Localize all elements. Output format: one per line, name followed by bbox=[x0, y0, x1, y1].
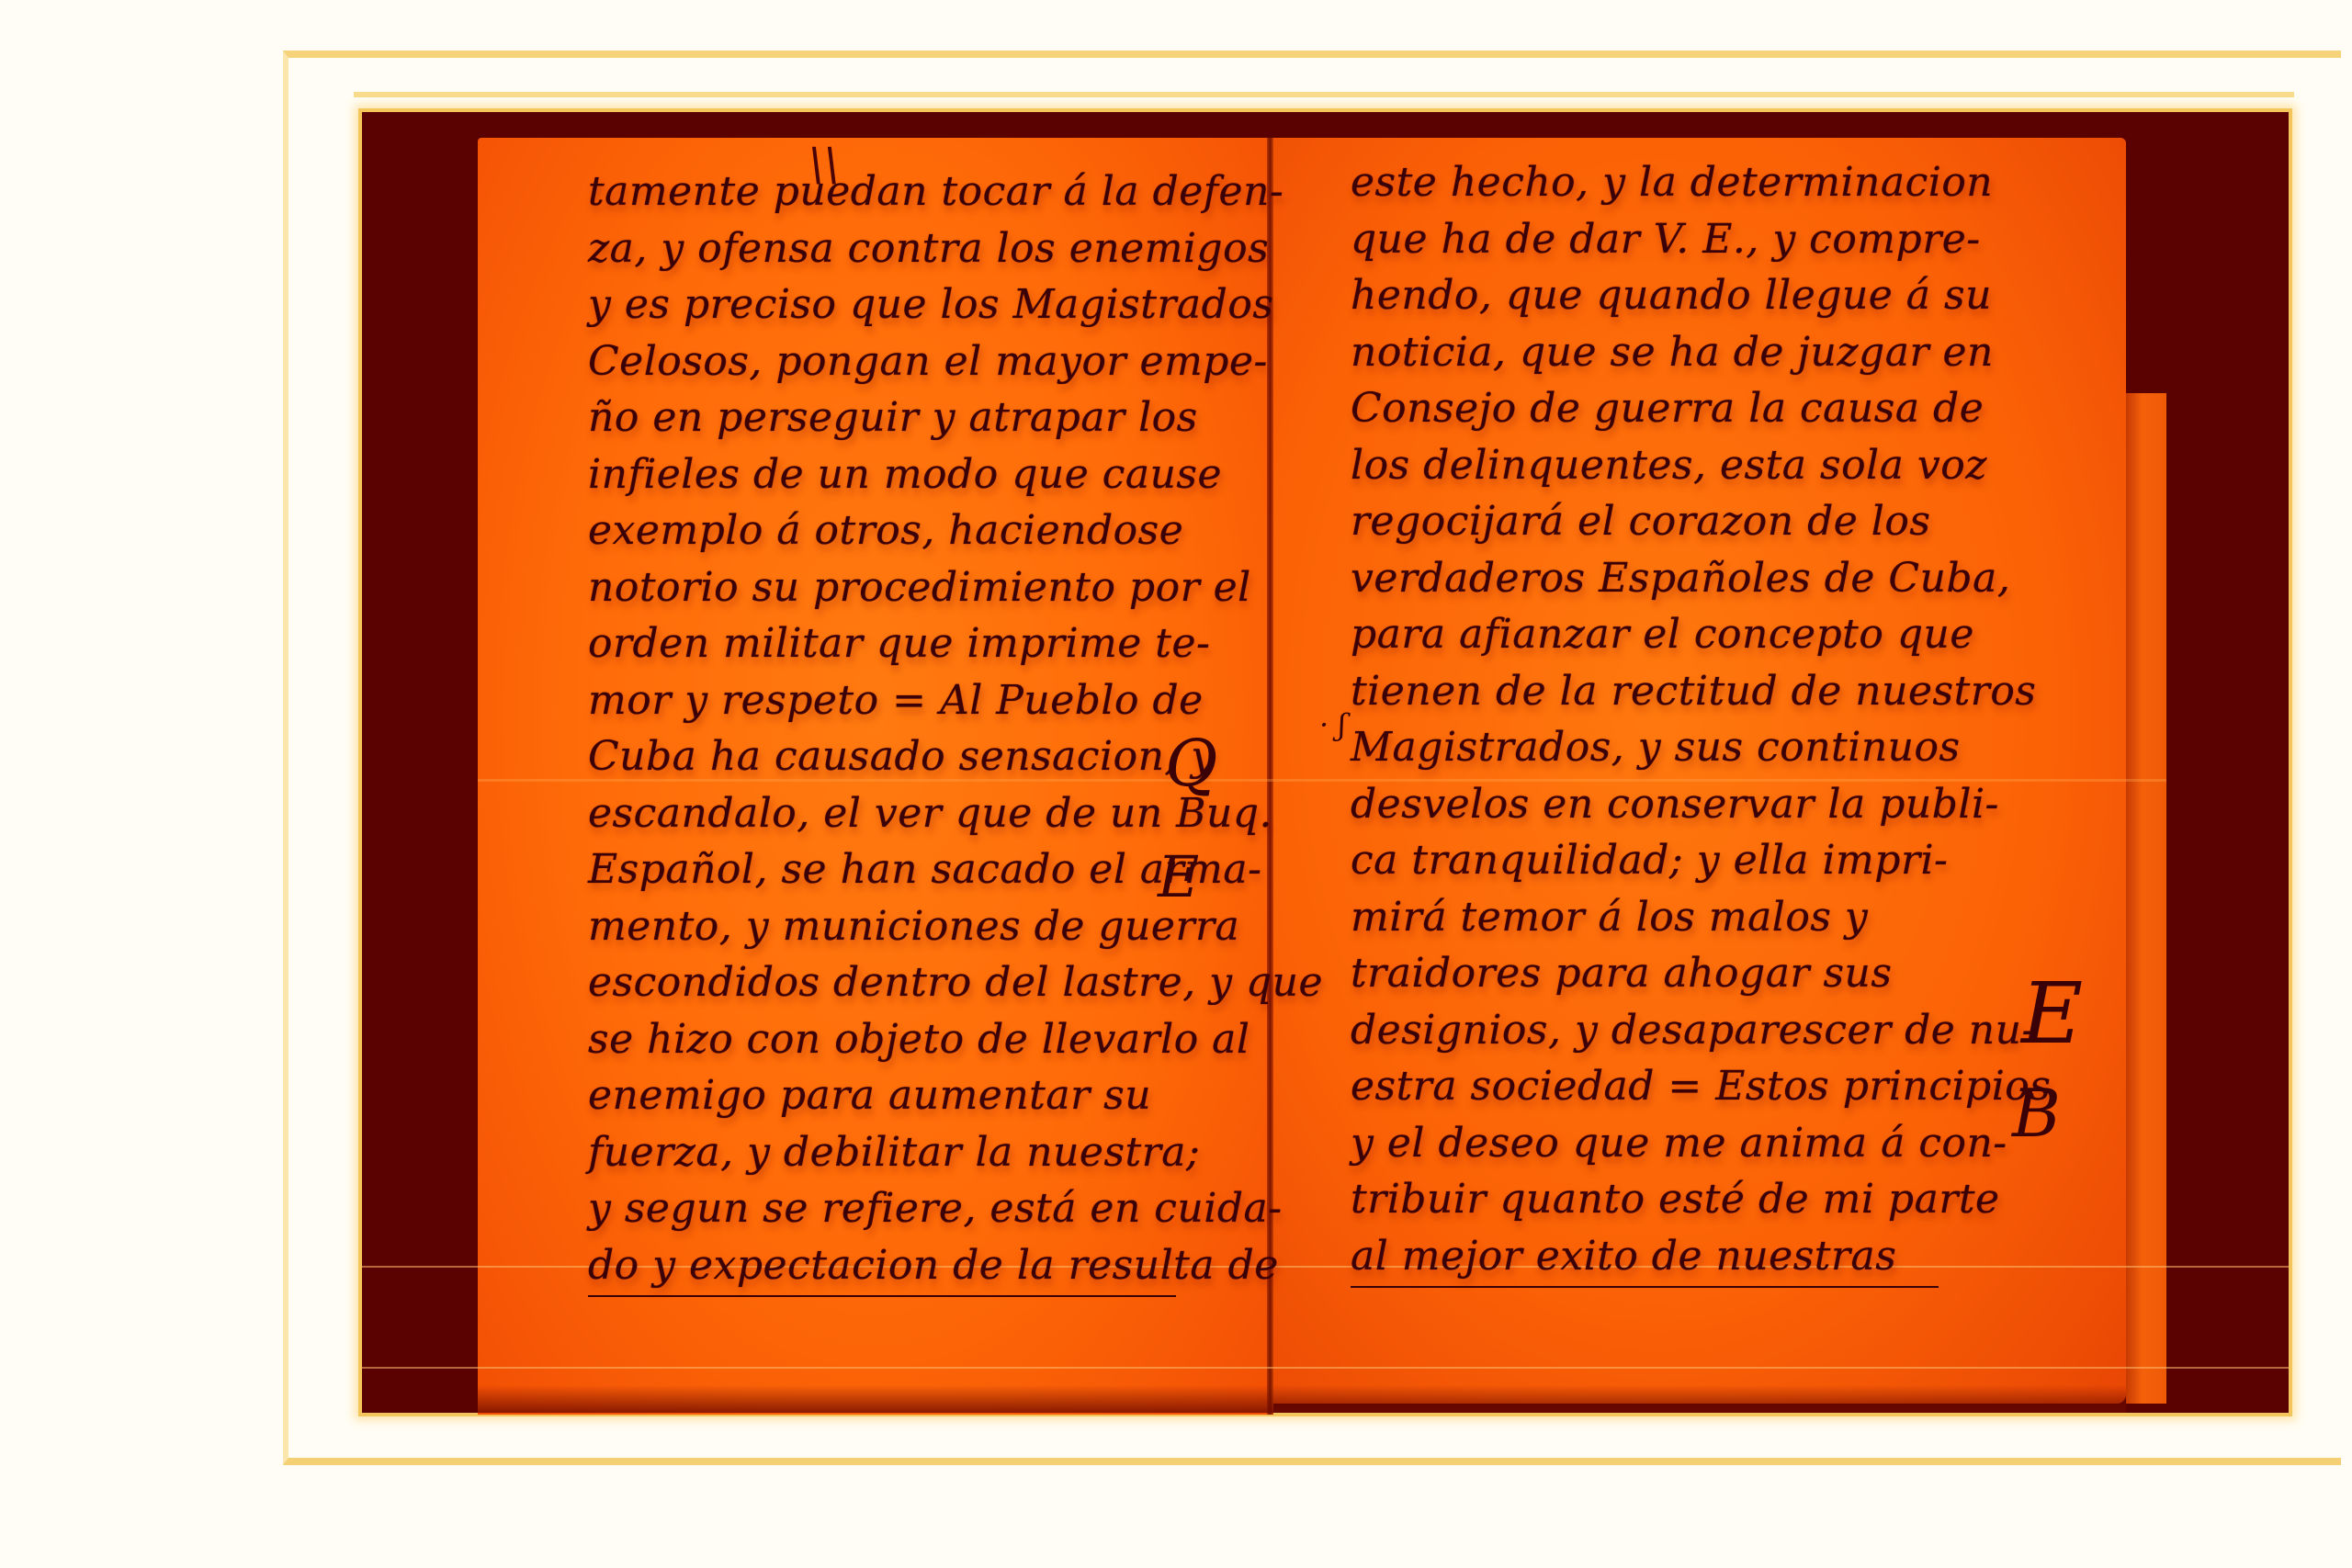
text-line: exemplo á otros, haciendose bbox=[588, 502, 1222, 559]
text-line: Celosos, pongan el mayor empe- bbox=[588, 333, 1222, 390]
text-line: ca tranquilidad; y ella impri- bbox=[1351, 832, 1994, 889]
text-line: mento, y municiones de guerra bbox=[588, 898, 1222, 955]
text-line: Magistrados, y sus continuos bbox=[1351, 719, 1994, 776]
text-line: tamente puedan tocar á la defen- bbox=[588, 164, 1222, 220]
page-bottom-shadow bbox=[478, 1385, 2126, 1413]
text-line: fuerza, y debilitar la nuestra; bbox=[588, 1124, 1222, 1181]
text-line: designios, y desaparescer de nu- bbox=[1351, 1002, 1994, 1059]
text-line: desvelos en conservar la publi- bbox=[1351, 776, 1994, 833]
text-line: Consejo de guerra la causa de bbox=[1351, 380, 1994, 437]
text-line: los delinquentes, esta sola voz bbox=[1351, 437, 1994, 494]
text-line: infieles de un modo que cause bbox=[588, 446, 1222, 503]
margin-flourish-q: Q bbox=[1165, 726, 1217, 801]
underlying-sheet-edge bbox=[2126, 393, 2166, 1404]
text-line: tienen de la rectitud de nuestros bbox=[1351, 663, 1994, 720]
film-scratch bbox=[360, 1367, 2290, 1369]
text-line: za, y ofensa contra los enemigos bbox=[588, 220, 1222, 277]
text-line: se hizo con objeto de llevarlo al bbox=[588, 1011, 1222, 1068]
text-line: noticia, que se ha de juzgar en bbox=[1351, 324, 1994, 381]
text-line: hendo, que quando llegue á su bbox=[1351, 267, 1994, 324]
text-line: para afianzar el concepto que bbox=[1351, 606, 1994, 663]
text-line: y es preciso que los Magistrados bbox=[588, 276, 1222, 333]
margin-dot-mark: · ʃ bbox=[1319, 707, 1346, 742]
text-line: mirá temor á los malos y bbox=[1351, 889, 1994, 946]
margin-flourish-b: B bbox=[2012, 1075, 2061, 1152]
text-line: traidores para ahogar sus bbox=[1351, 945, 1994, 1002]
text-line: escandalo, el ver que de un Buq. bbox=[588, 785, 1222, 842]
text-line: escondidos dentro del lastre, y que bbox=[588, 954, 1222, 1011]
text-line: Español, se han sacado el arma- bbox=[588, 841, 1222, 898]
text-line: mor y respeto = Al Pueblo de bbox=[588, 672, 1222, 729]
text-line: notorio su procedimiento por el bbox=[588, 559, 1222, 616]
text-line: este hecho, y la determinacion bbox=[1351, 154, 1994, 211]
right-page-text: este hecho, y la determinacion que ha de… bbox=[1351, 154, 1994, 1288]
text-line: estra sociedad = Estos principios bbox=[1351, 1058, 1994, 1115]
text-line: Cuba ha causado sensacion, y bbox=[588, 728, 1222, 785]
text-line: y el deseo que me anima á con- bbox=[1351, 1115, 1994, 1172]
text-line: regocijará el corazon de los bbox=[1351, 493, 1994, 550]
margin-flourish-e: E bbox=[2021, 964, 2083, 1063]
text-line: enemigo para aumentar su bbox=[588, 1067, 1222, 1124]
text-line-underlined: do y expectacion de la resulta de bbox=[588, 1237, 1176, 1298]
text-line: y segun se refiere, está en cuida- bbox=[588, 1180, 1222, 1237]
text-line: verdaderos Españoles de Cuba, bbox=[1351, 550, 1994, 607]
text-line: ño en perseguir y atrapar los bbox=[588, 389, 1222, 446]
text-line-underlined: al mejor exito de nuestras bbox=[1351, 1228, 1939, 1289]
text-line: que ha de dar V. E., y compre- bbox=[1351, 211, 1994, 268]
text-line: tribuir quanto esté de mi parte bbox=[1351, 1171, 1994, 1228]
text-line: orden militar que imprime te- bbox=[588, 615, 1222, 672]
margin-flourish-e: E bbox=[1158, 843, 1199, 910]
left-page-text: tamente puedan tocar á la defen- za, y o… bbox=[588, 164, 1222, 1297]
